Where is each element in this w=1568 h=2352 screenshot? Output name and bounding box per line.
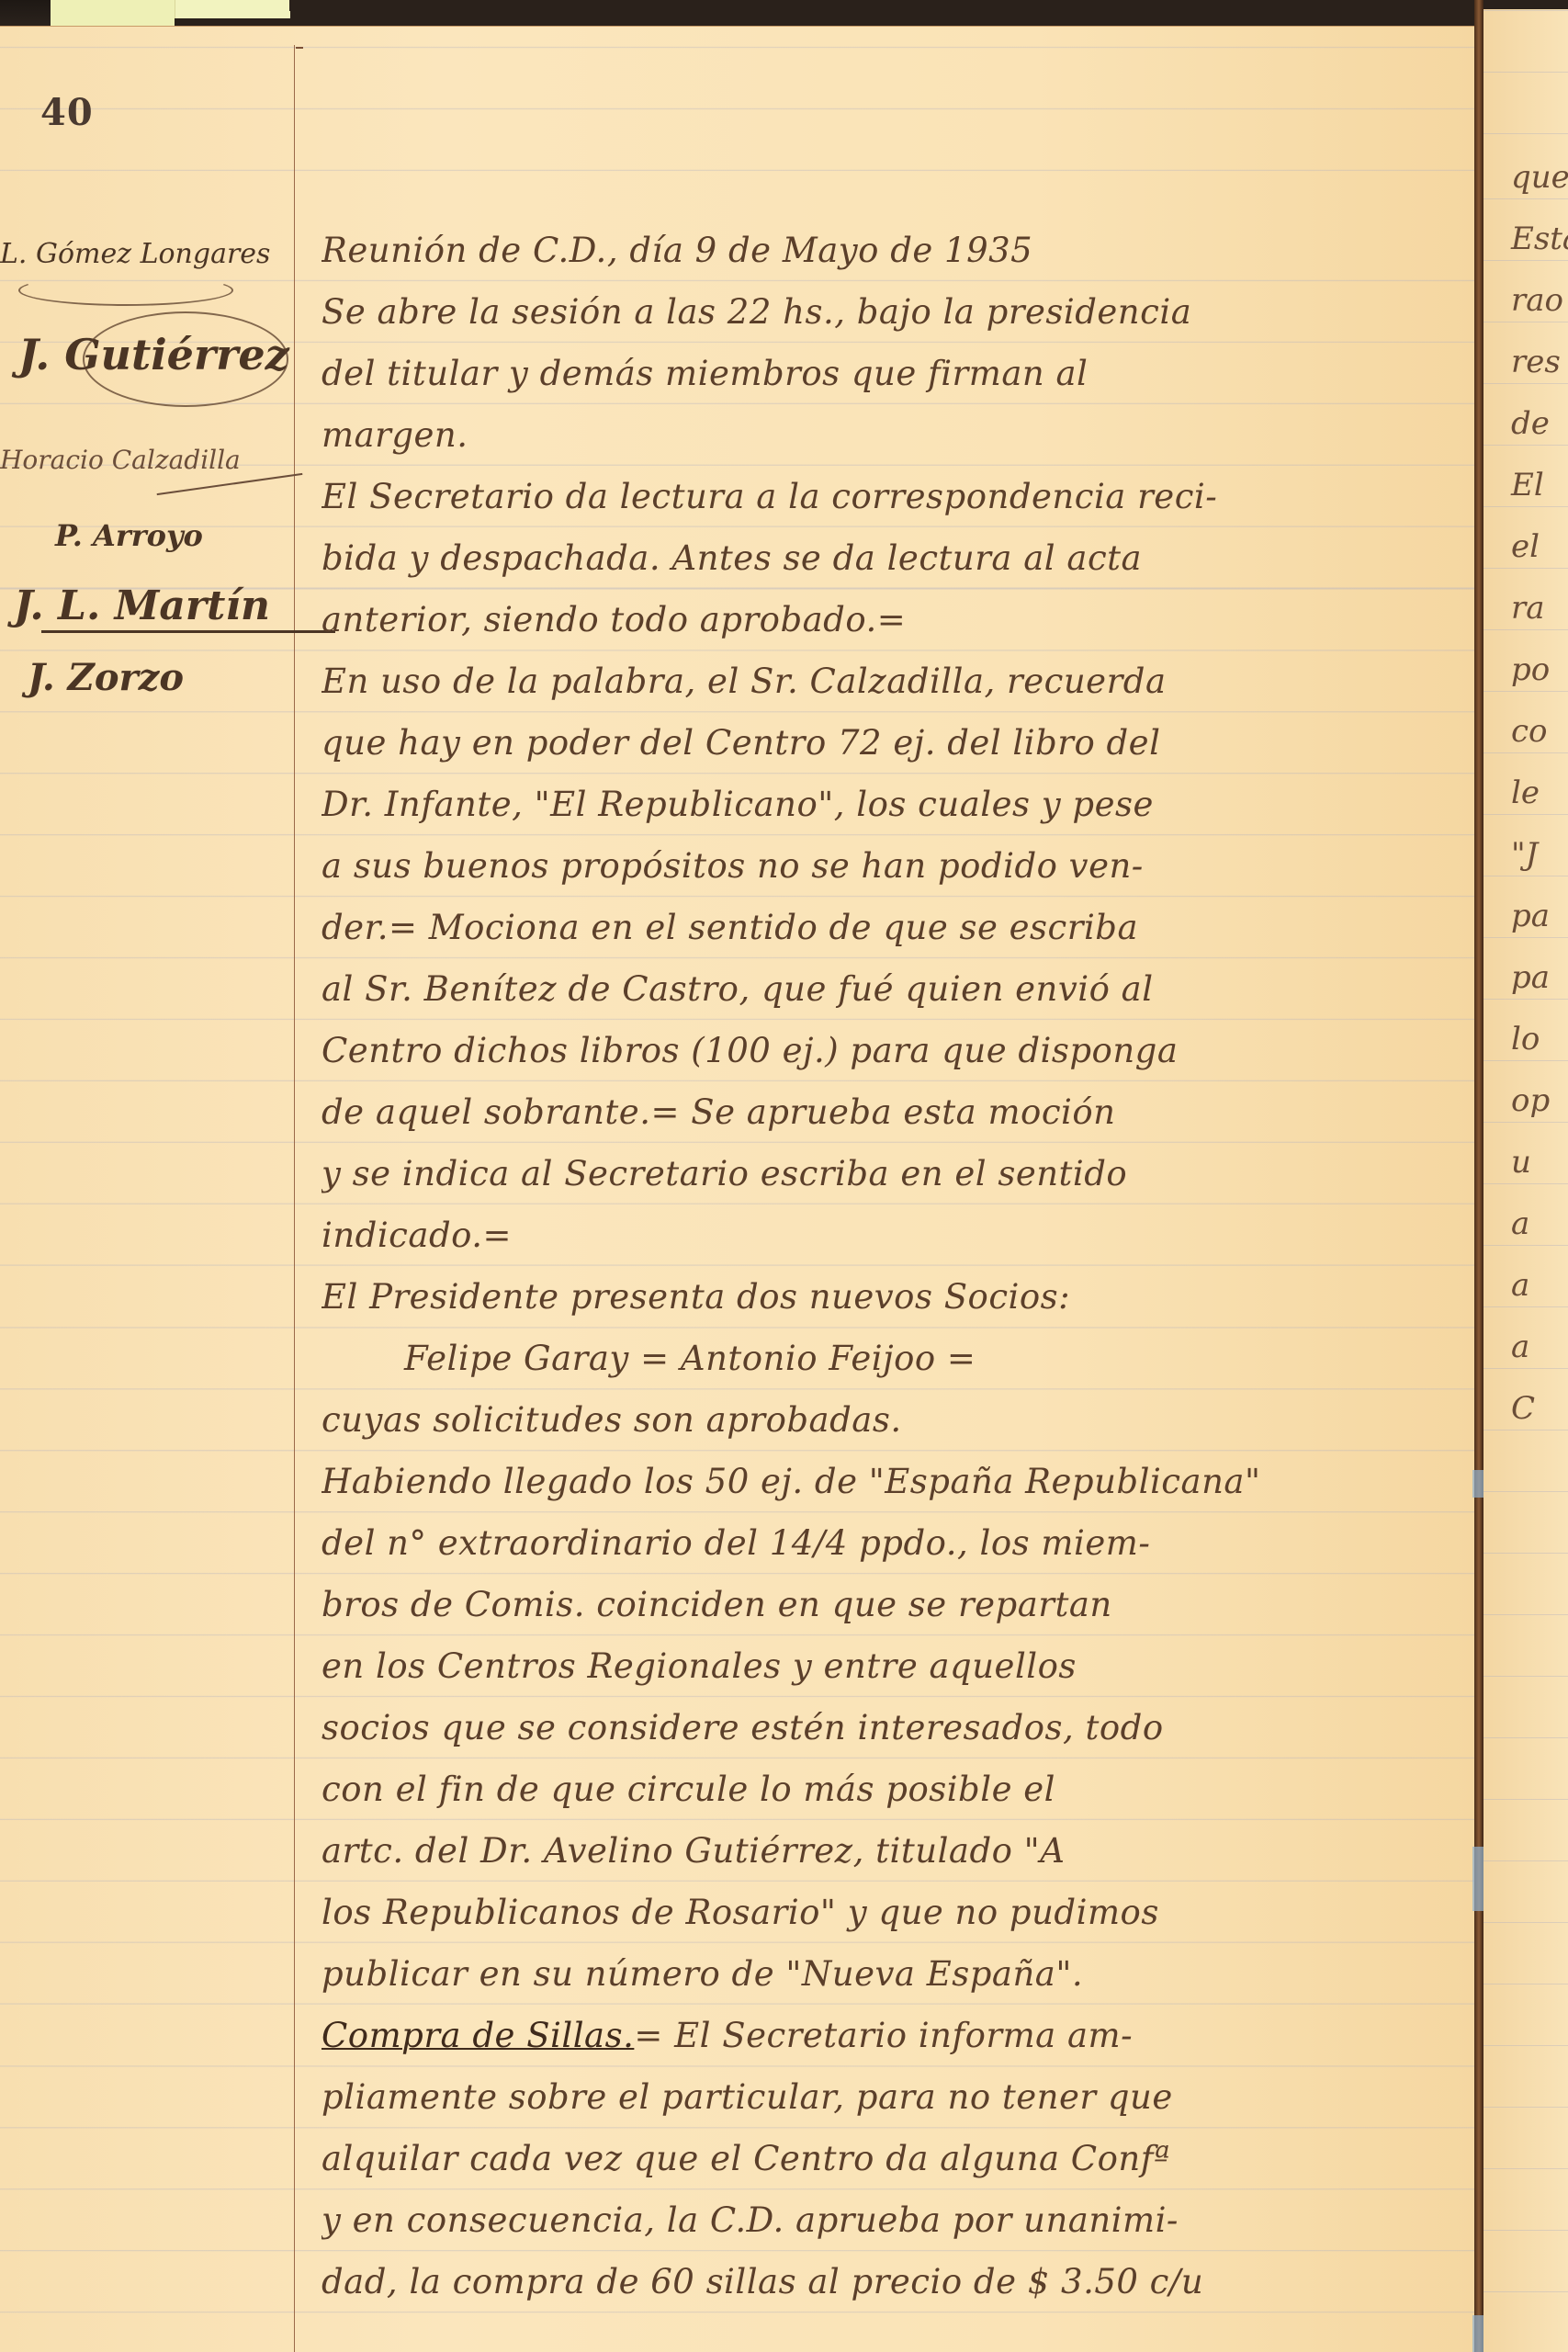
margin-rule — [294, 45, 295, 2352]
minutes-line: alquilar cada vez que el Centro da algun… — [321, 2128, 1451, 2189]
next-page-fragment: a — [1483, 1255, 1568, 1317]
minutes-line-text: Dr. Infante, "El Republicano", los cuale… — [321, 785, 1154, 824]
minutes-line: publicar en su número de "Nueva España". — [321, 1943, 1451, 2005]
minutes-line-text: del titular y demás miembros que firman … — [321, 354, 1088, 393]
minutes-line-text: Centro dichos libros (100 ej.) para que … — [321, 1031, 1178, 1070]
minutes-line: a sus buenos propósitos no se han podido… — [321, 835, 1451, 897]
ledger-page: 40 L. Gómez Longares J. Gutiérrez Horaci… — [0, 26, 1474, 2352]
minutes-line-text: y en consecuencia, la C.D. aprueba por u… — [321, 2200, 1179, 2240]
next-page-text-fragments: queEstaraoresdeElelrapocole"Jpapaloopuaa… — [1483, 147, 1568, 1440]
minutes-line-text: con el fin de que circule lo más posible… — [321, 1770, 1055, 1809]
next-page-fragment: po — [1483, 639, 1568, 701]
minutes-line: bros de Comis. coinciden en que se repar… — [321, 1574, 1451, 1635]
minutes-line: indicado.= — [321, 1204, 1451, 1266]
minutes-line-text: der.= Mociona en el sentido de que se es… — [321, 908, 1138, 947]
minutes-line: Reunión de C.D., día 9 de Mayo de 1935 — [321, 220, 1451, 281]
minutes-line-text: = El Secretario informa am- — [634, 2016, 1133, 2055]
next-page-fragment: pa — [1483, 947, 1568, 1009]
signature-underline — [157, 473, 303, 495]
sticky-note-tab — [51, 0, 175, 26]
minutes-line-text: Habiendo llegado los 50 ej. de "España R… — [321, 1462, 1260, 1501]
minutes-line: pliamente sobre el particular, para no t… — [321, 2066, 1451, 2128]
minutes-line-text: y se indica al Secretario escriba en el … — [321, 1154, 1127, 1193]
next-page-fragment: ra — [1483, 578, 1568, 639]
signature-text: L. Gómez Longares — [0, 238, 270, 270]
next-page-fragment: a — [1483, 1193, 1568, 1255]
next-page-fragment: co — [1483, 701, 1568, 763]
signature: L. Gómez Longares — [0, 238, 270, 270]
next-page-fragment: lo — [1483, 1009, 1568, 1070]
next-page-fragment: op — [1483, 1070, 1568, 1132]
signature: J. Zorzo — [28, 656, 184, 699]
minutes-line-text: cuyas solicitudes son aprobadas. — [321, 1400, 902, 1440]
signature-text: J. Zorzo — [28, 656, 184, 699]
minutes-line: del titular y demás miembros que firman … — [321, 343, 1451, 404]
next-page-fragment: El — [1483, 455, 1568, 516]
signature-flourish — [83, 311, 288, 407]
minutes-line-text: El Presidente presenta dos nuevos Socios… — [321, 1277, 1070, 1317]
signature: Horacio Calzadilla — [0, 445, 241, 475]
next-page-fragment: a — [1483, 1317, 1568, 1378]
minutes-line-text: alquilar cada vez que el Centro da algun… — [321, 2139, 1170, 2178]
minutes-line: socios que se considere estén interesado… — [321, 1697, 1451, 1758]
minutes-line-text: indicado.= — [321, 1216, 512, 1255]
next-page-fragment: "J — [1483, 824, 1568, 886]
minutes-line-text: publicar en su número de "Nueva España". — [321, 1954, 1083, 1994]
next-page-fragment: que — [1483, 147, 1568, 209]
minutes-line: que hay en poder del Centro 72 ej. del l… — [321, 712, 1451, 774]
minutes-line-text: El Secretario da lectura a la correspond… — [321, 477, 1217, 516]
margin-flag-mark — [296, 47, 303, 62]
minutes-line: Felipe Garay = Antonio Feijoo = — [321, 1328, 1451, 1389]
signature-flourish — [18, 275, 233, 306]
next-page-fragment: Esta — [1483, 209, 1568, 270]
minutes-line: anterior, siendo todo aprobado.= — [321, 589, 1451, 650]
minutes-line: En uso de la palabra, el Sr. Calzadilla,… — [321, 650, 1451, 712]
minutes-line-text: que hay en poder del Centro 72 ej. del l… — [321, 723, 1160, 763]
signature-text: Horacio Calzadilla — [0, 445, 241, 475]
minutes-line: dad, la compra de 60 sillas al precio de… — [321, 2251, 1451, 2312]
minutes-line: El Presidente presenta dos nuevos Socios… — [321, 1266, 1451, 1328]
minutes-line-text: al Sr. Benítez de Castro, que fué quien … — [321, 969, 1154, 1009]
minutes-line: los Republicanos de Rosario" y que no pu… — [321, 1882, 1451, 1943]
signature-text: P. Arroyo — [55, 518, 203, 553]
next-page-edge: queEstaraoresdeElelrapocole"Jpapaloopuaa… — [1483, 9, 1568, 2352]
minutes-line-text: anterior, siendo todo aprobado.= — [321, 600, 906, 639]
minutes-line-text: pliamente sobre el particular, para no t… — [321, 2077, 1173, 2117]
background-edge — [289, 0, 1428, 11]
minutes-line: artc. del Dr. Avelino Gutiérrez, titulad… — [321, 1820, 1451, 1882]
minutes-line-text: bida y despachada. Antes se da lectura a… — [321, 538, 1142, 578]
signature: P. Arroyo — [55, 518, 203, 553]
signature-underline — [41, 630, 335, 633]
next-page-fragment: el — [1483, 516, 1568, 578]
minutes-line: y se indica al Secretario escriba en el … — [321, 1143, 1451, 1204]
minutes-line-text: Se abre la sesión a las 22 hs., bajo la … — [321, 292, 1191, 332]
minutes-line-text: los Republicanos de Rosario" y que no pu… — [321, 1893, 1159, 1932]
next-page-fragment: de — [1483, 393, 1568, 455]
book-photo: 40 L. Gómez Longares J. Gutiérrez Horaci… — [0, 0, 1568, 2352]
minutes-line-text: bros de Comis. coinciden en que se repar… — [321, 1585, 1112, 1624]
sticky-note-tab — [175, 0, 290, 18]
page-gutter — [1474, 0, 1483, 2352]
minutes-line: y en consecuencia, la C.D. aprueba por u… — [321, 2189, 1451, 2251]
minutes-line: El Secretario da lectura a la correspond… — [321, 466, 1451, 527]
minutes-line: de aquel sobrante.= Se aprueba esta moci… — [321, 1081, 1451, 1143]
minutes-line-text: En uso de la palabra, el Sr. Calzadilla,… — [321, 661, 1167, 701]
minutes-line-text: a sus buenos propósitos no se han podido… — [321, 846, 1144, 886]
section-heading: Compra de Sillas. — [321, 2016, 634, 2055]
minutes-line: der.= Mociona en el sentido de que se es… — [321, 897, 1451, 958]
minutes-line: Centro dichos libros (100 ej.) para que … — [321, 1020, 1451, 1081]
page-number: 40 — [40, 91, 94, 134]
minutes-line: margen. — [321, 404, 1451, 466]
minutes-line: cuyas solicitudes son aprobadas. — [321, 1389, 1451, 1451]
next-page-fragment: C — [1483, 1378, 1568, 1440]
meeting-minutes: Reunión de C.D., día 9 de Mayo de 1935Se… — [321, 220, 1451, 2312]
minutes-line-text: del n° extraordinario del 14/4 ppdo., lo… — [321, 1523, 1150, 1563]
minutes-line: Se abre la sesión a las 22 hs., bajo la … — [321, 281, 1451, 343]
minutes-line-text: Felipe Garay = Antonio Feijoo = — [404, 1339, 976, 1378]
next-page-fragment: u — [1483, 1132, 1568, 1193]
signature-text: J. L. Martín — [14, 582, 270, 629]
minutes-line-text: en los Centros Regionales y entre aquell… — [321, 1646, 1077, 1686]
next-page-fragment: le — [1483, 763, 1568, 824]
signature: J. L. Martín — [14, 582, 270, 629]
minutes-line-text: dad, la compra de 60 sillas al precio de… — [321, 2262, 1203, 2301]
minutes-line-text: margen. — [321, 415, 468, 455]
minutes-line-text: artc. del Dr. Avelino Gutiérrez, titulad… — [321, 1831, 1065, 1871]
signature: J. Gutiérrez — [18, 330, 289, 379]
minutes-line: en los Centros Regionales y entre aquell… — [321, 1635, 1451, 1697]
minutes-line-text: socios que se considere estén interesado… — [321, 1708, 1164, 1747]
minutes-line: del n° extraordinario del 14/4 ppdo., lo… — [321, 1512, 1451, 1574]
minutes-line: con el fin de que circule lo más posible… — [321, 1758, 1451, 1820]
next-page-fragment: rao — [1483, 270, 1568, 332]
minutes-line-text: Reunión de C.D., día 9 de Mayo de 1935 — [321, 231, 1032, 270]
next-page-fragment: res — [1483, 332, 1568, 393]
minutes-line: bida y despachada. Antes se da lectura a… — [321, 527, 1451, 589]
minutes-line: Compra de Sillas.= El Secretario informa… — [321, 2005, 1451, 2066]
next-page-fragment: pa — [1483, 886, 1568, 947]
minutes-line: al Sr. Benítez de Castro, que fué quien … — [321, 958, 1451, 1020]
minutes-line: Habiendo llegado los 50 ej. de "España R… — [321, 1451, 1451, 1512]
minutes-line-text: de aquel sobrante.= Se aprueba esta moci… — [321, 1092, 1115, 1132]
minutes-line: Dr. Infante, "El Republicano", los cuale… — [321, 774, 1451, 835]
